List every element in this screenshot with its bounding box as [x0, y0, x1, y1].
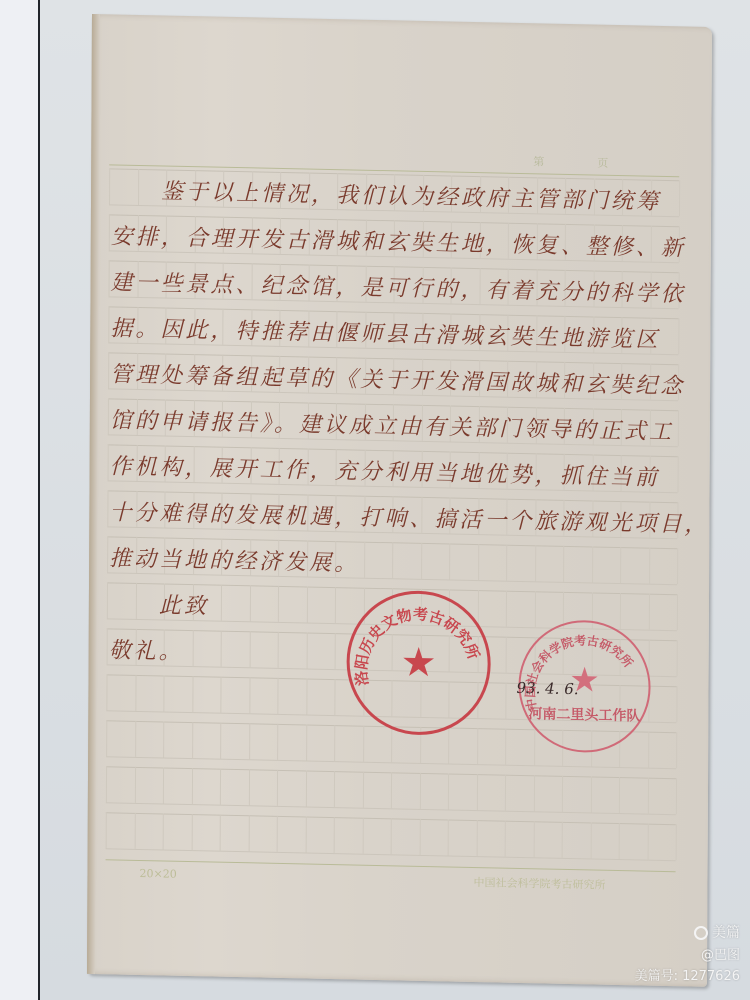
handwritten-date: 93. 4. 6. — [516, 679, 578, 698]
grid-line — [249, 723, 250, 759]
footer-sheet-format: 20×20 — [139, 867, 176, 881]
grid-line — [362, 772, 363, 808]
grid-line — [419, 773, 420, 809]
salutation-line: 敬礼。 — [109, 628, 184, 676]
grid-line — [676, 824, 677, 860]
watermark-id: 美篇号: 1277626 — [635, 965, 740, 984]
manuscript-paper: 第 页 20×20 中国社会科学院考古研究所 鉴于以上情况，我们认为经政府主管部… — [87, 14, 712, 987]
grid-line — [562, 822, 563, 858]
grid-line — [106, 766, 107, 802]
grid-line — [306, 678, 307, 714]
grid-line — [109, 168, 110, 204]
footer-institution: 中国社会科学院考古研究所 — [473, 874, 605, 893]
grid-line — [163, 813, 164, 849]
star-icon: ★ — [401, 642, 437, 683]
grid-line — [306, 724, 307, 760]
grid-line — [334, 771, 335, 807]
page-label-right: 页 — [597, 155, 608, 171]
grid-line — [533, 775, 534, 811]
grid-line — [506, 591, 507, 627]
grid-line — [277, 770, 278, 806]
grid-line — [448, 727, 449, 763]
grid-line — [562, 776, 563, 812]
grid-line — [476, 774, 477, 810]
grid-line — [476, 820, 477, 856]
left-page-edge — [0, 0, 40, 1000]
grid-line — [106, 674, 107, 710]
grid-line — [106, 812, 107, 848]
grid-line — [478, 544, 479, 580]
grid-line — [505, 729, 506, 765]
grid-line — [619, 823, 620, 859]
grid-line — [192, 722, 193, 758]
grid-line — [221, 631, 222, 667]
grid-line — [108, 444, 109, 480]
grid-line — [305, 816, 306, 852]
grid-line — [134, 767, 135, 803]
grid-line — [278, 586, 279, 622]
grid-line — [163, 767, 164, 803]
grid-line — [563, 546, 564, 582]
grid-line — [335, 633, 336, 669]
grid-line — [677, 548, 678, 584]
grid-line — [362, 818, 363, 854]
grid-line — [535, 545, 536, 581]
grid-line — [277, 678, 278, 714]
grid-line — [505, 775, 506, 811]
grid-line — [248, 769, 249, 805]
grid-line — [306, 587, 307, 623]
grid-line — [134, 813, 135, 849]
grid-line — [191, 768, 192, 804]
grid-line — [334, 725, 335, 761]
grid-line — [649, 548, 650, 584]
grid-line — [108, 306, 109, 342]
grid-line — [334, 817, 335, 853]
grid-line — [192, 676, 193, 712]
grid-line — [676, 778, 677, 814]
grid-line — [391, 726, 392, 762]
grid-line — [305, 770, 306, 806]
grid-line — [505, 683, 506, 719]
grid-line — [108, 398, 109, 434]
grid-line — [106, 720, 107, 756]
grid-line — [677, 594, 678, 630]
grid-line — [421, 543, 422, 579]
grid-line — [506, 637, 507, 673]
grid-line — [109, 214, 110, 250]
watermark-brand: 美篇 — [635, 922, 740, 942]
grid-line — [363, 726, 364, 762]
watermark-author: @巴图 — [635, 944, 740, 963]
grid-line — [678, 456, 679, 492]
grid-line — [249, 585, 250, 621]
grid-line — [163, 676, 164, 712]
meipian-logo-icon — [694, 926, 708, 940]
grid-line — [592, 546, 593, 582]
grid-line — [647, 824, 648, 860]
grid-line — [278, 632, 279, 668]
grid-line — [364, 542, 365, 578]
grid-line — [677, 640, 678, 676]
grid-line — [277, 816, 278, 852]
grid-line — [391, 772, 392, 808]
grid-line — [249, 631, 250, 667]
grid-line — [449, 543, 450, 579]
grid-line — [109, 260, 110, 296]
grid-line — [220, 769, 221, 805]
grid-line — [506, 545, 507, 581]
grid-line — [678, 318, 679, 354]
grid-line — [391, 818, 392, 854]
meipian-watermark: 美篇 @巴图 美篇号: 1277626 — [635, 922, 740, 984]
grid-line — [335, 587, 336, 623]
grid-line — [477, 728, 478, 764]
grid-line — [590, 822, 591, 858]
grid-line — [619, 777, 620, 813]
grid-line — [220, 677, 221, 713]
grid-line — [107, 582, 108, 618]
grid-line — [679, 180, 680, 216]
grid-line — [590, 776, 591, 812]
grid-line — [448, 773, 449, 809]
seal-luoyang-institute: 洛阳历史文物考古研究所 ★ — [346, 589, 491, 736]
grid-line — [419, 819, 420, 855]
page-label-left: 第 — [533, 153, 544, 169]
grid-line — [135, 721, 136, 757]
grid-line — [334, 679, 335, 715]
grid-line — [107, 490, 108, 526]
grid-line — [306, 632, 307, 668]
grid-line — [220, 723, 221, 759]
grid-line — [163, 722, 164, 758]
body-line: 推动当地的经济发展。 — [109, 536, 359, 587]
grid-line — [505, 821, 506, 857]
closing-line: 此致 — [109, 582, 209, 630]
grid-line — [220, 815, 221, 851]
grid-line — [248, 815, 249, 851]
grid-line — [620, 547, 621, 583]
grid-line — [108, 352, 109, 388]
grid-line — [647, 778, 648, 814]
grid-line — [277, 724, 278, 760]
grid-line — [192, 630, 193, 666]
grid-line — [249, 677, 250, 713]
grid-line — [392, 542, 393, 578]
grid-line — [676, 732, 677, 768]
seal-bottom-text: 河南二里头工作队 — [520, 703, 648, 726]
grid-line — [135, 675, 136, 711]
grid-line — [107, 628, 108, 664]
grid-line — [678, 410, 679, 446]
grid-line — [107, 536, 108, 572]
grid-line — [221, 585, 222, 621]
grid-line — [191, 814, 192, 850]
grid-line — [676, 686, 677, 722]
grid-line — [533, 821, 534, 857]
grid-line — [448, 819, 449, 855]
